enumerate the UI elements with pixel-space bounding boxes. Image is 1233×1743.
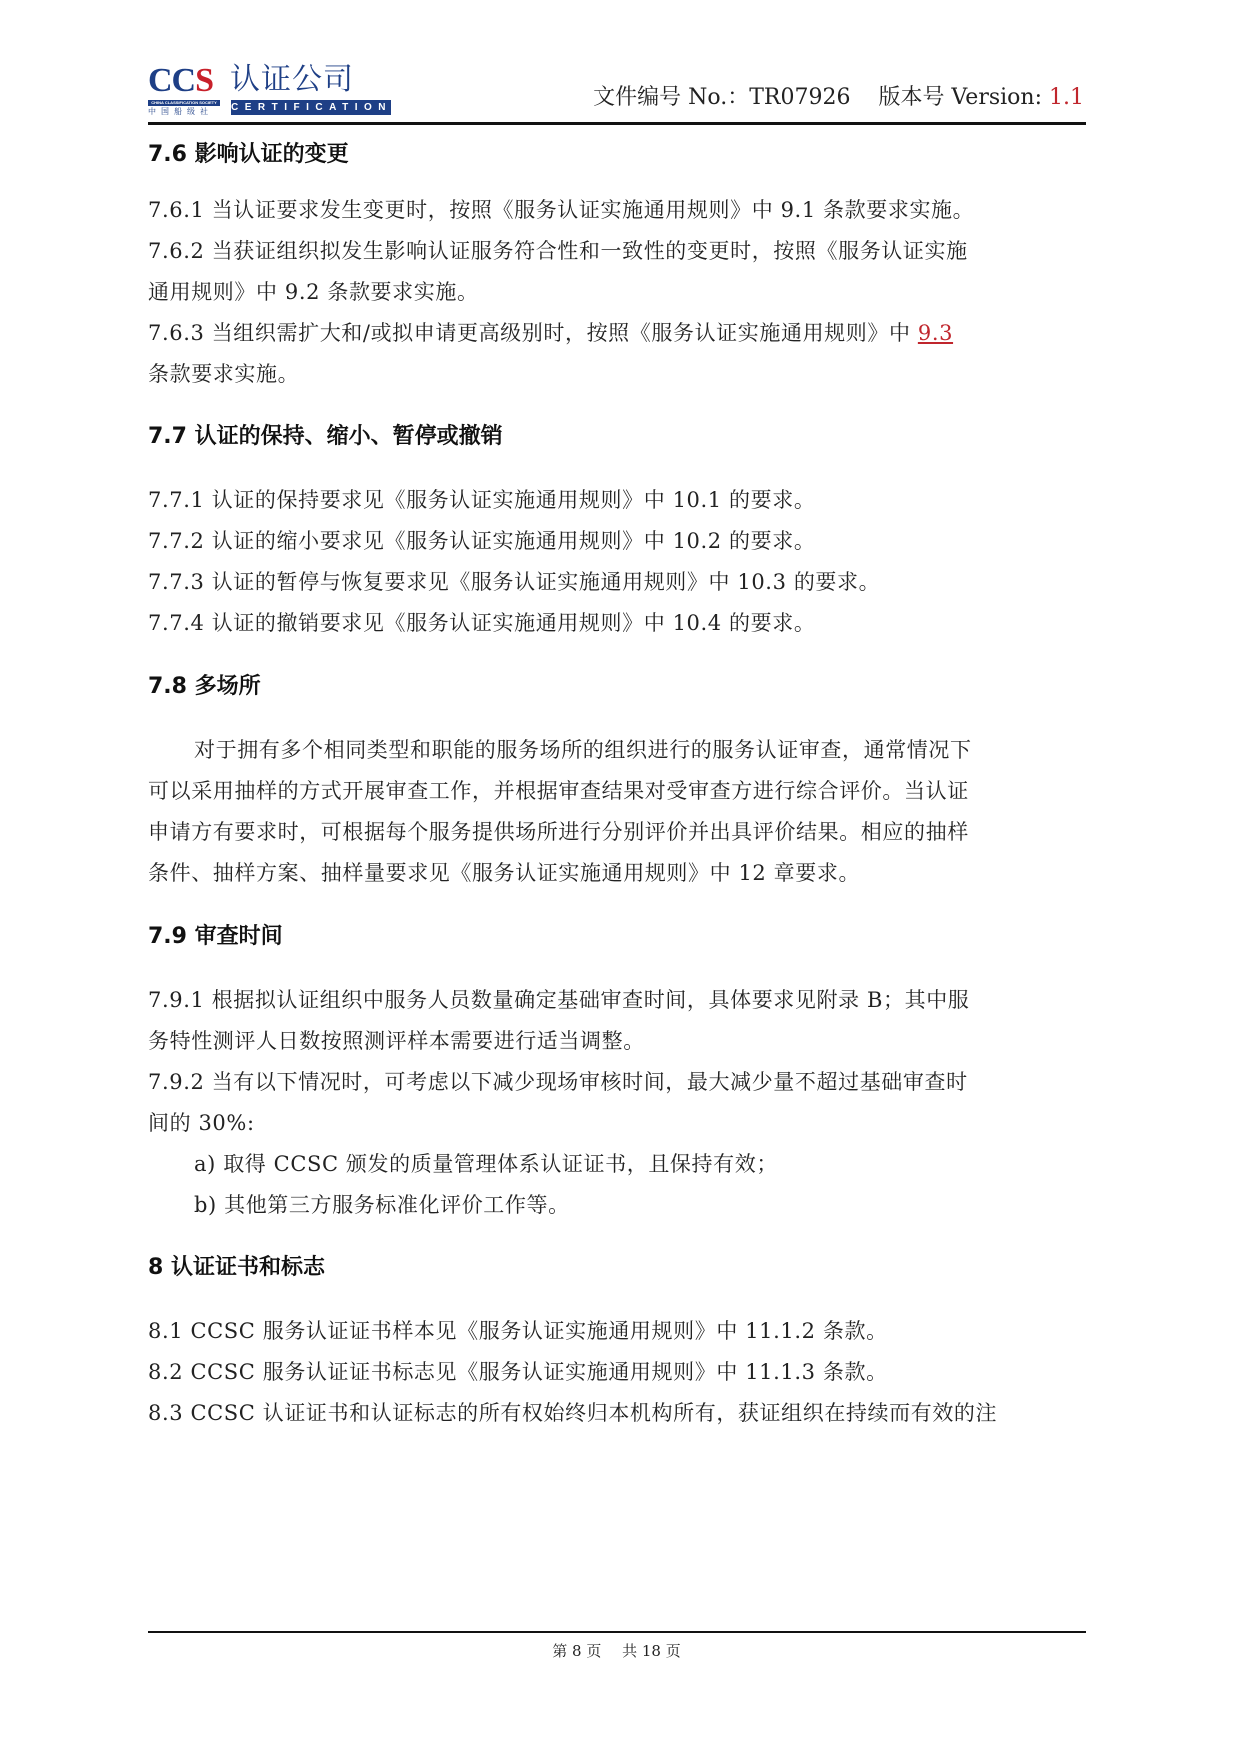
page-total: 共 18 页 [622, 1642, 681, 1660]
paragraph-7-6-2-line1: 7.6.2 当获证组织拟发生影响认证服务符合性和一致性的变更时，按照《服务认证实… [148, 236, 968, 266]
paragraph-7-6-2-line2: 通用规则》中 9.2 条款要求实施。 [148, 277, 479, 307]
document-meta: 文件编号 No.：TR07926 版本号 Version: 1.1 [593, 84, 1084, 112]
logo-society-cn: 中国船级社 [148, 107, 213, 117]
paragraph-7-7-2: 7.7.2 认证的缩小要求见《服务认证实施通用规则》中 10.2 的要求。 [148, 526, 815, 556]
version-value: 1.1 [1049, 85, 1084, 110]
paragraph-7-8-line1: 对于拥有多个相同类型和职能的服务场所的组织进行的服务认证审查，通常情况下 [194, 735, 972, 765]
paragraph-7-8-line4: 条件、抽样方案、抽样量要求见《服务认证实施通用规则》中 12 章要求。 [148, 858, 860, 888]
paragraph-7-8-line2: 可以采用抽样的方式开展审查工作，并根据审查结果对受审查方进行综合评价。当认证 [148, 776, 969, 806]
page-footer: 第 8 页 共 18 页 [0, 1640, 1233, 1662]
document-page: CCS CHINA CLASSIFICATION SOCIETY 中国船级社 认… [0, 0, 1233, 1743]
section-heading-8: 8 认证证书和标志 [148, 1253, 325, 1283]
paragraph-8-2: 8.2 CCSC 服务认证证书标志见《服务认证实施通用规则》中 11.1.3 条… [148, 1357, 888, 1387]
section-heading-7-6: 7.6 影响认证的变更 [148, 140, 349, 170]
list-item-a: a) 取得 CCSC 颁发的质量管理体系认证证书，且保持有效； [194, 1149, 778, 1179]
paragraph-8-1: 8.1 CCSC 服务认证证书样本见《服务认证实施通用规则》中 11.1.2 条… [148, 1316, 888, 1346]
section-heading-7-7: 7.7 认证的保持、缩小、暂停或撤销 [148, 422, 503, 452]
version-label: 版本号 Version: [878, 85, 1042, 110]
logo-ccs-text: CCS [148, 64, 213, 98]
paragraph-8-3: 8.3 CCSC 认证证书和认证标志的所有权始终归本机构所有，获证组织在持续而有… [148, 1398, 997, 1428]
paragraph-7-8-line3: 申请方有要求时，可根据每个服务提供场所进行分别评价并出具评价结果。相应的抽样 [148, 817, 969, 847]
page-number: 第 8 页 [552, 1642, 601, 1660]
paragraph-7-9-1-line1: 7.9.1 根据拟认证组织中服务人员数量确定基础审查时间，具体要求见附录 B；其… [148, 985, 969, 1015]
footer-divider [148, 1631, 1086, 1633]
logo-society-en: CHINA CLASSIFICATION SOCIETY [148, 100, 220, 106]
paragraph-7-9-1-line2: 务特性测评人日数按照测评样本需要进行适当调整。 [148, 1026, 645, 1056]
page-header: CCS CHINA CLASSIFICATION SOCIETY 中国船级社 认… [148, 62, 1088, 122]
section-heading-7-8: 7.8 多场所 [148, 672, 261, 702]
paragraph-7-7-3: 7.7.3 认证的暂停与恢复要求见《服务认证实施通用规则》中 10.3 的要求。 [148, 567, 880, 597]
paragraph-7-6-3-line1: 7.6.3 当组织需扩大和/或拟申请更高级别时，按照《服务认证实施通用规则》中 … [148, 318, 953, 348]
paragraph-7-7-1: 7.7.1 认证的保持要求见《服务认证实施通用规则》中 10.1 的要求。 [148, 485, 815, 515]
logo-company-cn: 认证公司 [230, 62, 354, 98]
paragraph-7-6-3-line2: 条款要求实施。 [148, 359, 299, 389]
doc-no: TR07926 [749, 85, 850, 110]
paragraph-7-9-2-line2: 间的 30%: [148, 1108, 255, 1138]
ccs-certification-logo: CCS CHINA CLASSIFICATION SOCIETY 中国船级社 认… [148, 62, 408, 118]
doc-no-label: 文件编号 No.： [593, 85, 749, 110]
section-heading-7-9: 7.9 审查时间 [148, 922, 283, 952]
paragraph-7-9-2-line1: 7.9.2 当有以下情况时，可考虑以下减少现场审核时间，最大减少量不超过基础审查… [148, 1067, 968, 1097]
logo-certification-banner: CERTIFICATION [231, 100, 391, 115]
clause-link-9-3[interactable]: 9.3 [918, 321, 953, 345]
paragraph-7-6-1: 7.6.1 当认证要求发生变更时，按照《服务认证实施通用规则》中 9.1 条款要… [148, 195, 974, 225]
header-divider [148, 122, 1086, 125]
paragraph-7-7-4: 7.7.4 认证的撤销要求见《服务认证实施通用规则》中 10.4 的要求。 [148, 608, 815, 638]
list-item-b: b) 其他第三方服务标准化评价工作等。 [194, 1190, 570, 1220]
